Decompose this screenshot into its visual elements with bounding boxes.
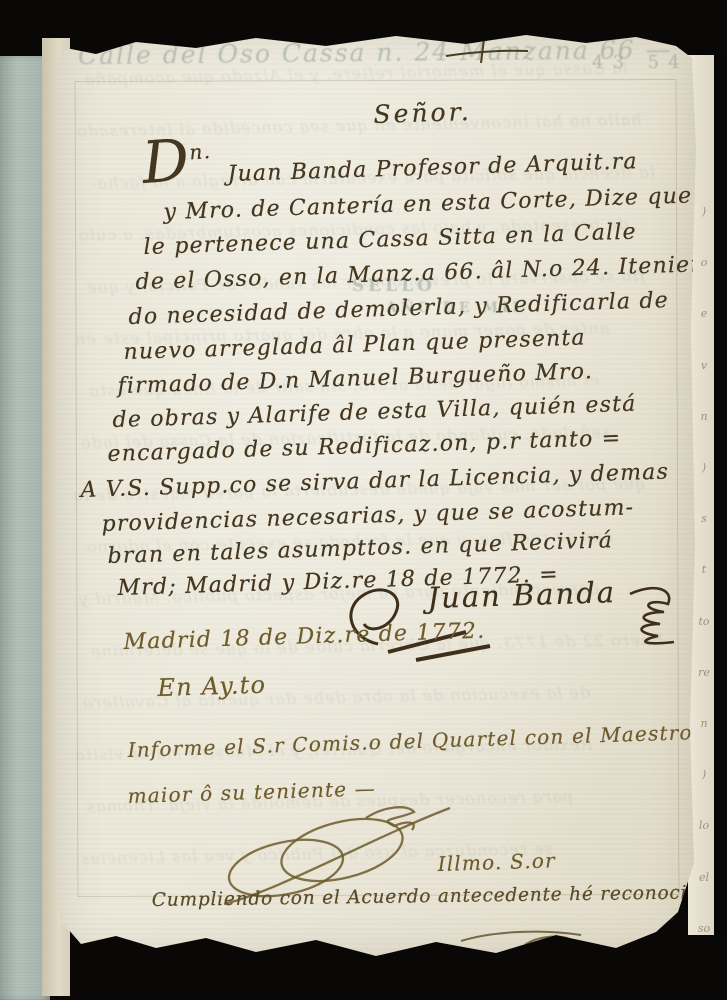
edge-fragment: ) (702, 205, 706, 218)
signature-name: Juan Banda (427, 575, 617, 615)
initial-superscript: n. (189, 139, 212, 164)
edge-fragment: o (701, 256, 708, 269)
edge-fragment: ) (702, 461, 706, 474)
edge-fragment: lo (699, 819, 709, 832)
manuscript-scan: ) o e v n ) s t to re n ) lo el so la Ca… (0, 0, 727, 1000)
petitioner-initial: Dn. (141, 135, 213, 186)
edge-fragment: e (701, 307, 708, 320)
edge-fragment: s (701, 512, 707, 525)
decree-session-note: En Ay.to (157, 671, 266, 702)
edge-fragment: to (698, 615, 709, 628)
manuscript-page: la Cassa que el memorial refiere, y el A… (56, 28, 696, 960)
edge-fragment: ) (702, 768, 706, 781)
edge-fragment: re (698, 666, 710, 679)
edge-fragment: t (702, 563, 706, 576)
edge-fragment: el (699, 871, 709, 884)
edge-fragment: n (700, 410, 707, 423)
bottom-scribble (451, 923, 591, 968)
edge-fragment: v (701, 359, 707, 372)
salutation: Señor. (373, 97, 472, 129)
decree-addressee-abbrev: Illmo. S.or (437, 848, 556, 876)
next-page-text-fragments: ) o e v n ) s t to re n ) lo el so (694, 205, 714, 935)
edge-fragment: n (700, 717, 707, 730)
edge-fragment: so (698, 922, 710, 935)
cross-mark (444, 36, 530, 66)
pencil-folio-number: 43 54 (592, 52, 689, 73)
